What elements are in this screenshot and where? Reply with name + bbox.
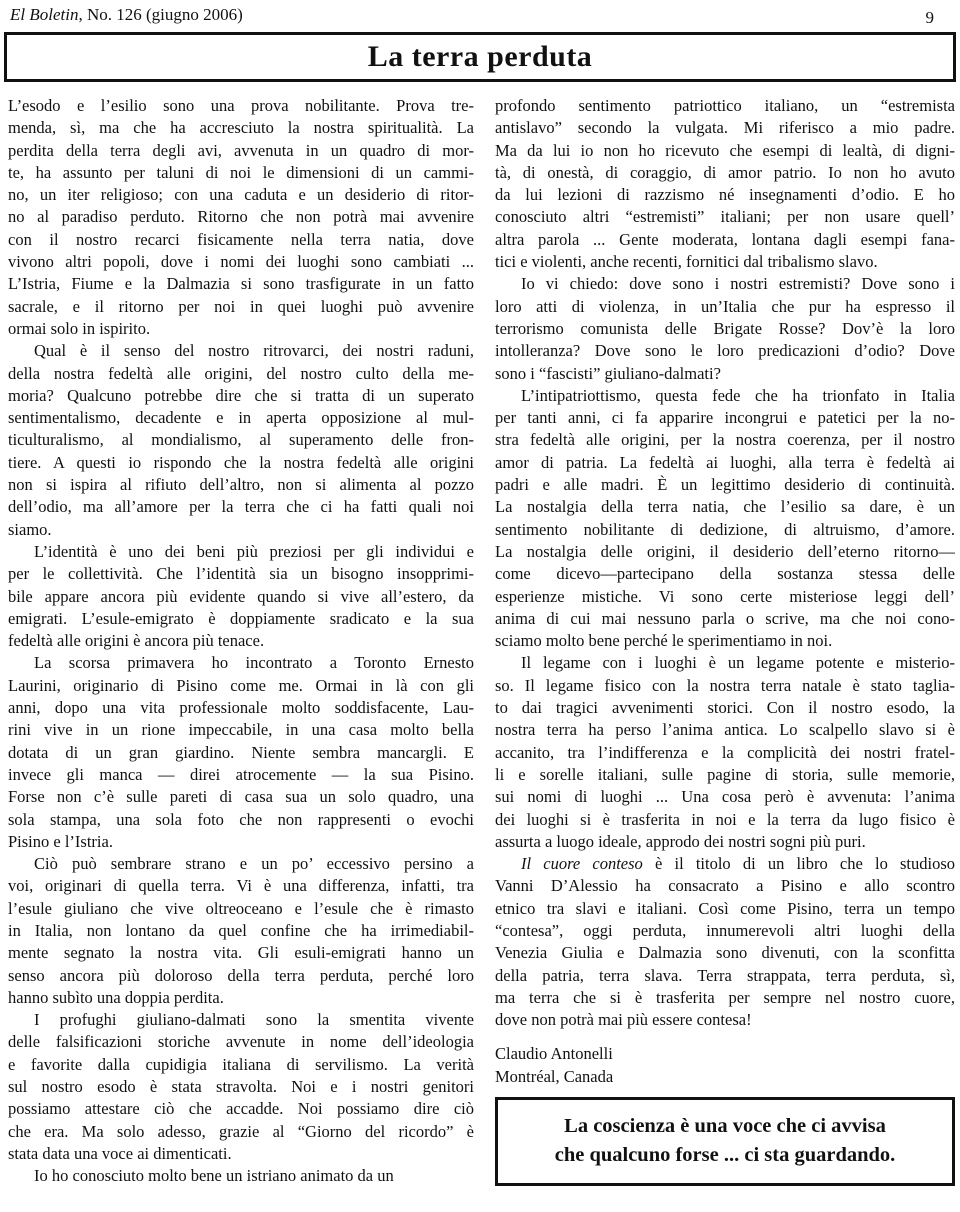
- text-line: e favorite dalla cupidigia italiana di s…: [8, 1054, 474, 1076]
- text-line: con il nostro recarci fisicamente nella …: [8, 229, 474, 251]
- text-line: stra fedeltà alle origini, per la nostra…: [495, 429, 955, 451]
- article-body: L’esodo e l’esilio sono una prova nobili…: [0, 95, 960, 1188]
- text-line: anima di cui mai nessuno parla o scrive,…: [495, 608, 955, 630]
- text-line: terrorismo comunista delle Brigate Rosse…: [495, 318, 955, 340]
- text-line: menda, sì, ma che ha accresciuto la nost…: [8, 117, 474, 139]
- text-line: dei luoghi si è trasferita in noi e la t…: [495, 809, 955, 831]
- text-line: dotata di un gran giardino. Niente sembr…: [8, 742, 474, 764]
- text-line: Ciò può sembrare strano e un po’ eccessi…: [8, 853, 474, 875]
- paragraph: profondo sentimento patriottico italiano…: [495, 95, 955, 273]
- text-line: anni, dopo una vita professionale molto …: [8, 697, 474, 719]
- journal-name: El Boletin: [10, 5, 78, 24]
- notice-line-2: che qualcuno forse ... ci sta guardando.: [502, 1141, 948, 1170]
- text-line: sola stampa, una sola foto che non rappr…: [8, 809, 474, 831]
- text-line: tiere. A questi io rispondo che la nostr…: [8, 452, 474, 474]
- text-line: stata data una voce ai dimenticati.: [8, 1143, 474, 1165]
- text-line: Vanni D’Alessio ha consacrato a Pisino e…: [495, 875, 955, 897]
- text-line: Forse non c’è sulle pareti di casa sua u…: [8, 786, 474, 808]
- paragraph: Ciò può sembrare strano e un po’ eccessi…: [8, 853, 474, 1009]
- text-line: sul nostro esodo è stata stravolta. Noi …: [8, 1076, 474, 1098]
- text-line: L’esodo e l’esilio sono una prova nobili…: [8, 95, 474, 117]
- paragraph: Io ho conosciuto molto bene un istriano …: [8, 1165, 474, 1187]
- article-title: La terra perduta: [368, 40, 593, 74]
- text-line: hanno subìto una doppia perdita.: [8, 987, 474, 1009]
- text-line: ormai solo in ispirito.: [8, 318, 474, 340]
- text-line: accanito, tra l’indifferenza e la compli…: [495, 742, 955, 764]
- issue-info: , No. 126 (giugno 2006): [78, 5, 242, 24]
- text-line: possiamo attestare ciò che accadde. Noi …: [8, 1098, 474, 1120]
- text-line: ticulturalismo, al mondialismo, al super…: [8, 429, 474, 451]
- article-title-box: La terra perduta: [4, 32, 956, 82]
- text-line: esperienze mistiche. Vi sono certe miste…: [495, 586, 955, 608]
- text-line: La nostalgia della terra natia, che l’es…: [495, 496, 955, 518]
- text-line: altra parola ... Gente moderata, lontana…: [495, 229, 955, 251]
- text-line: sentimento nobilitante di dedizione, di …: [495, 519, 955, 541]
- text-line: vivono altri popoli, dove i nomi dei luo…: [8, 251, 474, 273]
- text-line: bile appare ancora più evidente quando s…: [8, 586, 474, 608]
- text-line: moria? Qualcuno potrebbe dire che si tra…: [8, 385, 474, 407]
- paragraph: L’esodo e l’esilio sono una prova nobili…: [8, 95, 474, 340]
- notice-line-1: La coscienza è una voce che ci avvisa: [502, 1112, 948, 1141]
- text-line: sciamo molto bene perché le sperimentiam…: [495, 630, 955, 652]
- paragraph: L’intipatriottismo, questa fede che ha t…: [495, 385, 955, 653]
- text-line: della patria, terra slava. Terra strappa…: [495, 965, 955, 987]
- text-line: emigrati. L’esule-emigrato è doppiamente…: [8, 608, 474, 630]
- text-line: L’Istria, Fiume e la Dalmazia si sono tr…: [8, 273, 474, 295]
- masthead: El Boletin, No. 126 (giugno 2006) 9: [0, 0, 960, 31]
- text-line: fedeltà alle origini è ancora più tenace…: [8, 630, 474, 652]
- left-column-text: L’esodo e l’esilio sono una prova nobili…: [8, 95, 474, 1188]
- text-line: della nostra fedeltà alle origini, del n…: [8, 363, 474, 385]
- footer-notice-box: La coscienza è una voce che ci avvisa ch…: [495, 1097, 955, 1186]
- text-line: Laurini, originario di Pisino come me. O…: [8, 675, 474, 697]
- text-line: so. Il legame fisico con la nostra terra…: [495, 675, 955, 697]
- text-line: padri e alle madri. È un legittimo desid…: [495, 474, 955, 496]
- text-line: amor di patria. La fedeltà ai luoghi, al…: [495, 452, 955, 474]
- text-line: invece gli manca — direi atrocemente — l…: [8, 764, 474, 786]
- paragraph: I profughi giuliano-dalmati sono la smen…: [8, 1009, 474, 1165]
- text-line: mente segnato la nostra vita. Gli esuli-…: [8, 942, 474, 964]
- text-line: l’esule giuliano che vive oltreoceano e …: [8, 898, 474, 920]
- right-column: profondo sentimento patriottico italiano…: [495, 95, 955, 1188]
- text-line: siamo.: [8, 519, 474, 541]
- text-line: Pisino e l’Istria.: [8, 831, 474, 853]
- text-line: non si ispira al rifiuto dell’altro, non…: [8, 474, 474, 496]
- text-line: te, ha assunto per taluni di noi le dime…: [8, 162, 474, 184]
- text-line: no al paradiso perduto. Ritorno che non …: [8, 206, 474, 228]
- right-column-text: profondo sentimento patriottico italiano…: [495, 95, 955, 1031]
- text-line: nostra terra ha perso l’anima antica. Lo…: [495, 719, 955, 741]
- text-line: in Italia, non lontano da quel confine c…: [8, 920, 474, 942]
- text-line: profondo sentimento patriottico italiano…: [495, 95, 955, 117]
- text-line: Ma da lui io non ho ricevuto che esempi …: [495, 140, 955, 162]
- magazine-page: El Boletin, No. 126 (giugno 2006) 9 La t…: [0, 0, 960, 1212]
- text-line: assurta a luogo ideale, approdo dei nost…: [495, 831, 955, 853]
- text-line: dell’odio, ma all’amore per la terra che…: [8, 496, 474, 518]
- text-line: dove non potrà mai più essere contesa!: [495, 1009, 955, 1031]
- text-line: senso ancora più doloroso della terra pe…: [8, 965, 474, 987]
- paragraph: Io vi chiedo: dove sono i nostri estremi…: [495, 273, 955, 384]
- left-column: L’esodo e l’esilio sono una prova nobili…: [8, 95, 474, 1188]
- text-line: sono i “fascisti” giuliano-dalmati?: [495, 363, 955, 385]
- paragraph: Qual è il senso del nostro ritrovarci, d…: [8, 340, 474, 541]
- page-number: 9: [926, 8, 935, 28]
- text-line: “contesa”, oggi perduta, innumerevoli al…: [495, 920, 955, 942]
- text-line: I profughi giuliano-dalmati sono la smen…: [8, 1009, 474, 1031]
- text-line: rini vive in un rione impeccabile, in un…: [8, 719, 474, 741]
- text-line: intolleranza? Dove sono le loro predicaz…: [495, 340, 955, 362]
- text-line: voi, originari di quella terra. Vi è una…: [8, 875, 474, 897]
- text-line: to dai tragici avvenimenti storici. Con …: [495, 697, 955, 719]
- text-line: antislavo” secondo la vulgata. Mi riferi…: [495, 117, 955, 139]
- text-line: no, un iter religioso; con una caduta e …: [8, 184, 474, 206]
- text-line: Io ho conosciuto molto bene un istriano …: [8, 1165, 474, 1187]
- text-line: tici e violenti, anche recenti, fornitic…: [495, 251, 955, 273]
- signature-block: Claudio Antonelli Montréal, Canada: [495, 1043, 955, 1088]
- text-line: da lui lezioni di razzismo né insegnamen…: [495, 184, 955, 206]
- text-line: li e sorelle italiani, sulle pagine di s…: [495, 764, 955, 786]
- text-line: perdita della terra degli avi, avvenuta …: [8, 140, 474, 162]
- text-line: La nostalgia delle origini, il desiderio…: [495, 541, 955, 563]
- text-line: come dicevo—partecipano della sostanza s…: [495, 563, 955, 585]
- text-line: etnico tra slavi e italiani. Così come P…: [495, 898, 955, 920]
- text-line: Io vi chiedo: dove sono i nostri estremi…: [495, 273, 955, 295]
- text-line: Il cuore conteso è il titolo di un libro…: [495, 853, 955, 875]
- signature-location: Montréal, Canada: [495, 1066, 955, 1088]
- signature-name: Claudio Antonelli: [495, 1043, 955, 1065]
- text-line: L’intipatriottismo, questa fede che ha t…: [495, 385, 955, 407]
- text-line: ma terra che si è trasferita per sempre …: [495, 987, 955, 1009]
- text-line: tà, di onestà, di coraggio, di amor patr…: [495, 162, 955, 184]
- text-line: conosciuto altri “estremisti” italiani; …: [495, 206, 955, 228]
- text-line: Il legame con i luoghi è un legame poten…: [495, 652, 955, 674]
- text-line: che era. Ma solo adesso, grazie al “Gior…: [8, 1121, 474, 1143]
- text-line: La scorsa primavera ho incontrato a Toro…: [8, 652, 474, 674]
- text-line: L’identità è uno dei beni più preziosi p…: [8, 541, 474, 563]
- text-line: per tanti anni, ci fa apparire incongrui…: [495, 407, 955, 429]
- text-line: Qual è il senso del nostro ritrovarci, d…: [8, 340, 474, 362]
- text-line: sentimentalismo, decadente e in aperta o…: [8, 407, 474, 429]
- text-line: loro atti di violenza, in un’Italia che …: [495, 296, 955, 318]
- text-line: Venezia Giulia e Dalmazia sono divenuti,…: [495, 942, 955, 964]
- text-line: sui nomi di luoghi ... Una cosa però è a…: [495, 786, 955, 808]
- paragraph: Il cuore conteso è il titolo di un libro…: [495, 853, 955, 1031]
- text-line: sacrale, e il ritorno per noi in quei lu…: [8, 296, 474, 318]
- journal-citation: El Boletin, No. 126 (giugno 2006): [10, 5, 243, 25]
- text-line: per le collettività. Che l’identità sia …: [8, 563, 474, 585]
- paragraph: Il legame con i luoghi è un legame poten…: [495, 652, 955, 853]
- paragraph: L’identità è uno dei beni più preziosi p…: [8, 541, 474, 652]
- text-line: delle falsificazioni storiche avvenute i…: [8, 1031, 474, 1053]
- paragraph: La scorsa primavera ho incontrato a Toro…: [8, 652, 474, 853]
